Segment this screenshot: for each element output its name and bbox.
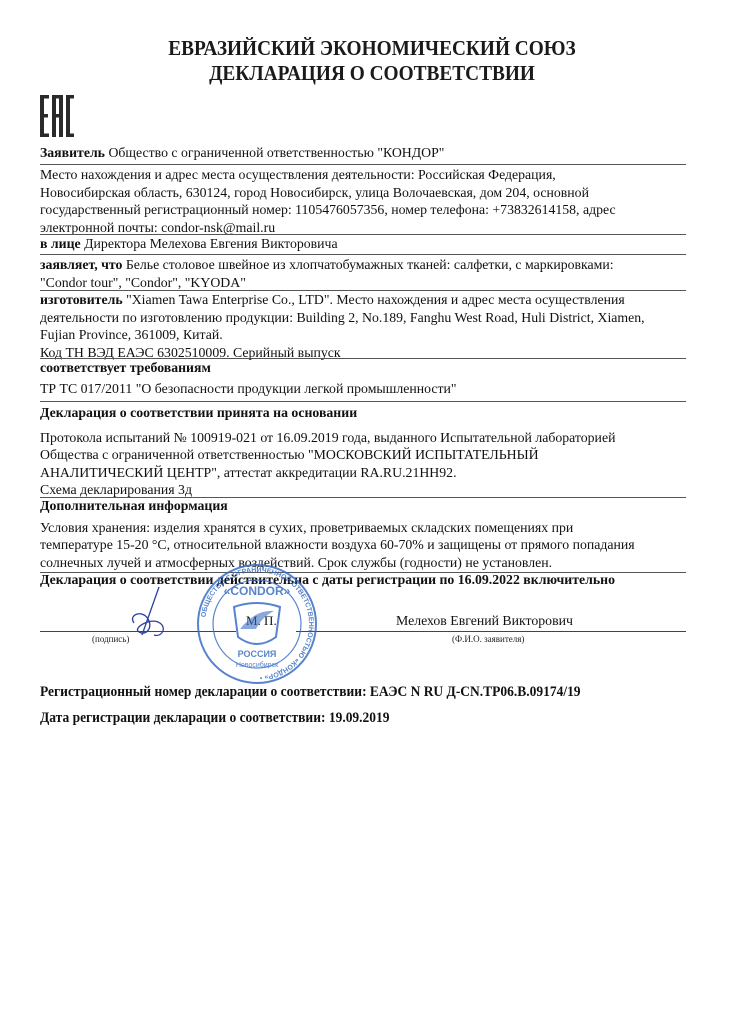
represented-row: в лице Директора Мелехова Евгения Виктор…	[40, 235, 688, 253]
address-block: Место нахождения и адрес места осуществл…	[40, 166, 688, 236]
additional-block: Дополнительная информация Условия хранен…	[40, 497, 688, 571]
additional-line2: температуре 15-20 °С, относительной влаж…	[40, 536, 688, 554]
manufacturer-line1: "Xiamen Tawa Enterprise Co., LTD". Место…	[126, 292, 625, 307]
registration-number: Регистрационный номер декларации о соотв…	[40, 684, 581, 701]
basis-line3: АНАЛИТИЧЕСКИЙ ЦЕНТР", аттестат аккредита…	[40, 464, 688, 482]
requirements-value: ТР ТС 017/2011 "О безопасности продукции…	[40, 380, 688, 398]
name-line	[296, 631, 686, 632]
address-line2: Новосибирская область, 630124, город Нов…	[40, 184, 688, 202]
address-line3: государственный регистрационный номер: 1…	[40, 201, 688, 219]
basis-block: Декларация о соответствии принята на осн…	[40, 404, 688, 499]
applicant-label: Заявитель	[40, 145, 105, 160]
manufacturer-block: изготовитель "Xiamen Tawa Enterprise Co.…	[40, 291, 688, 361]
signature-icon	[124, 585, 174, 645]
additional-line3: солнечных лучей и атмосферных воздействи…	[40, 554, 688, 572]
requirements-label: соответствует требованиям	[40, 360, 211, 375]
additional-line1: Условия хранения: изделия хранятся в сух…	[40, 519, 688, 537]
address-line1: Место нахождения и адрес места осуществл…	[40, 166, 688, 184]
declares-label: заявляет, что	[40, 257, 122, 272]
applicant-value: Общество с ограниченной ответственностью…	[108, 145, 444, 160]
basis-line1: Протокола испытаний № 100919-021 от 16.0…	[40, 429, 688, 447]
requirements-block: соответствует требованиям ТР ТС 017/2011…	[40, 359, 688, 397]
divider	[40, 254, 686, 255]
manufacturer-line3: Fujian Province, 361009, Китай.	[40, 326, 688, 344]
represented-value: Директора Мелехова Евгения Викторовича	[84, 236, 337, 251]
divider	[40, 401, 686, 402]
basis-label: Декларация о соответствии принята на осн…	[40, 405, 357, 420]
svg-text:«CONDOR»: «CONDOR»	[224, 584, 291, 598]
manufacturer-line2: деятельности по изготовлению продукции: …	[40, 309, 688, 327]
applicant-row: Заявитель Общество с ограниченной ответс…	[40, 144, 688, 162]
declares-line1: Белье столовое швейное из хлопчатобумажн…	[126, 257, 614, 272]
divider	[40, 164, 686, 165]
name-caption: (Ф.И.О. заявителя)	[452, 634, 524, 644]
declares-line2: "Condor tour", "Condor", "KYODA"	[40, 274, 688, 292]
svg-text:РОССИЯ: РОССИЯ	[238, 649, 277, 659]
manufacturer-label: изготовитель	[40, 292, 123, 307]
additional-label: Дополнительная информация	[40, 498, 228, 513]
signer-name: Мелехов Евгений Викторович	[396, 613, 573, 629]
company-stamp-icon: ОБЩЕСТВО С ОГРАНИЧЕННОЙ ОТВЕТСТВЕННОСТЬЮ…	[196, 563, 318, 685]
registration-date: Дата регистрации декларации о соответств…	[40, 710, 390, 727]
represented-label: в лице	[40, 236, 81, 251]
document-title-line1: ЕВРАЗИЙСКИЙ ЭКОНОМИЧЕСКИЙ СОЮЗ	[30, 36, 714, 61]
document-title-line2: ДЕКЛАРАЦИЯ О СООТВЕТСТВИИ	[30, 61, 714, 86]
basis-line2: Общества с ограниченной ответственностью…	[40, 446, 688, 464]
eac-mark-icon	[40, 95, 74, 137]
declares-block: заявляет, что Белье столовое швейное из …	[40, 256, 688, 291]
basis-line4: Схема декларирования 3д	[40, 481, 688, 499]
svg-text:Новосибирск: Новосибирск	[236, 661, 279, 669]
